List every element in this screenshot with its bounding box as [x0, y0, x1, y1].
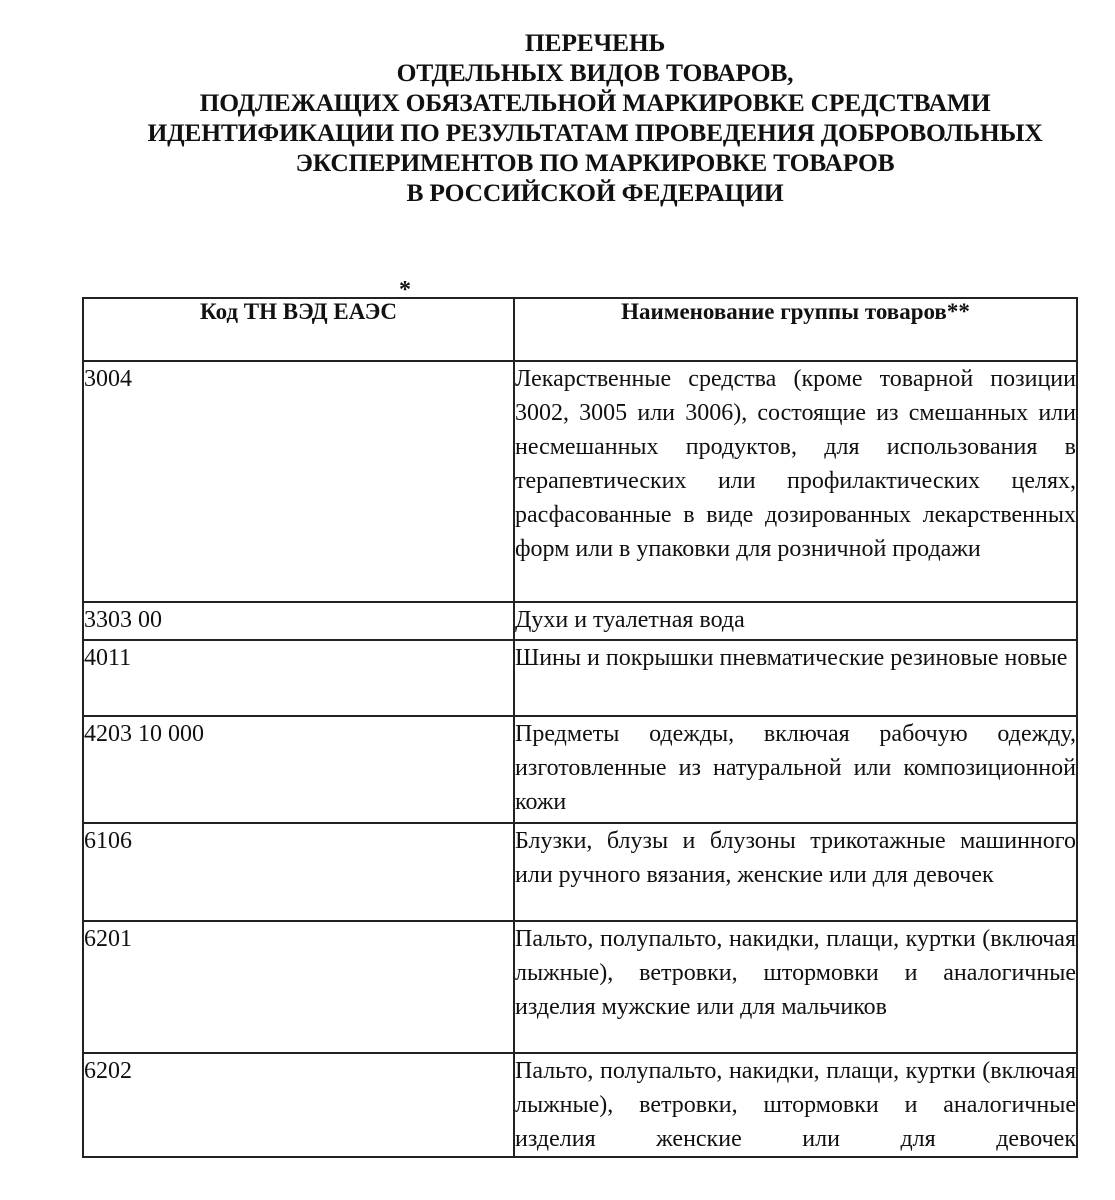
title-line: ИДЕНТИФИКАЦИИ ПО РЕЗУЛЬТАТАМ ПРОВЕДЕНИЯ … — [90, 118, 1100, 148]
cell-name: Шины и покрышки пневматические резиновые… — [514, 640, 1077, 716]
table-row: 3004 Лекарственные средства (кроме товар… — [83, 361, 1077, 602]
document-title: ПЕРЕЧЕНЬ ОТДЕЛЬНЫХ ВИДОВ ТОВАРОВ, ПОДЛЕЖ… — [90, 28, 1100, 208]
cell-name: Пальто, полупальто, накидки, плащи, курт… — [514, 921, 1077, 1053]
cell-name: Предметы одежды, включая рабочую одежду,… — [514, 716, 1077, 823]
cell-code: 4011 — [83, 640, 514, 716]
cell-name: Лекарственные средства (кроме товарной п… — [514, 361, 1077, 602]
title-line: ЭКСПЕРИМЕНТОВ ПО МАРКИРОВКЕ ТОВАРОВ — [90, 148, 1100, 178]
header-code: Код ТН ВЭД ЕАЭС * — [83, 298, 514, 361]
title-line: ОТДЕЛЬНЫХ ВИДОВ ТОВАРОВ, — [90, 58, 1100, 88]
table-row: 6106 Блузки, блузы и блузоны трикотажные… — [83, 823, 1077, 921]
cell-code: 4203 10 000 — [83, 716, 514, 823]
table-row: 4011 Шины и покрышки пневматические рези… — [83, 640, 1077, 716]
header-name: Наименование группы товаров** — [514, 298, 1077, 361]
cell-name: Духи и туалетная вода — [514, 602, 1077, 640]
cell-code: 3004 — [83, 361, 514, 602]
title-line: В РОССИЙСКОЙ ФЕДЕРАЦИИ — [90, 178, 1100, 208]
header-name-label: Наименование группы товаров** — [621, 299, 970, 324]
table-row: 4203 10 000 Предметы одежды, включая раб… — [83, 716, 1077, 823]
cell-code: 6106 — [83, 823, 514, 921]
footnote-mark: * — [399, 277, 411, 304]
cell-code: 3303 00 — [83, 602, 514, 640]
cell-name: Пальто, полупальто, накидки, плащи, курт… — [514, 1053, 1077, 1157]
table-row: 6201 Пальто, полупальто, накидки, плащи,… — [83, 921, 1077, 1053]
table-header-row: Код ТН ВЭД ЕАЭС * Наименование группы то… — [83, 298, 1077, 361]
title-line: ПЕРЕЧЕНЬ — [90, 28, 1100, 58]
cell-code: 6201 — [83, 921, 514, 1053]
goods-table: Код ТН ВЭД ЕАЭС * Наименование группы то… — [82, 297, 1078, 1158]
title-line: ПОДЛЕЖАЩИХ ОБЯЗАТЕЛЬНОЙ МАРКИРОВКЕ СРЕДС… — [90, 88, 1100, 118]
cell-name: Блузки, блузы и блузоны трикотажные маши… — [514, 823, 1077, 921]
header-code-label: Код ТН ВЭД ЕАЭС — [200, 299, 397, 324]
table-row: 6202 Пальто, полупальто, накидки, плащи,… — [83, 1053, 1077, 1157]
table-row: 3303 00 Духи и туалетная вода — [83, 602, 1077, 640]
cell-code: 6202 — [83, 1053, 514, 1157]
